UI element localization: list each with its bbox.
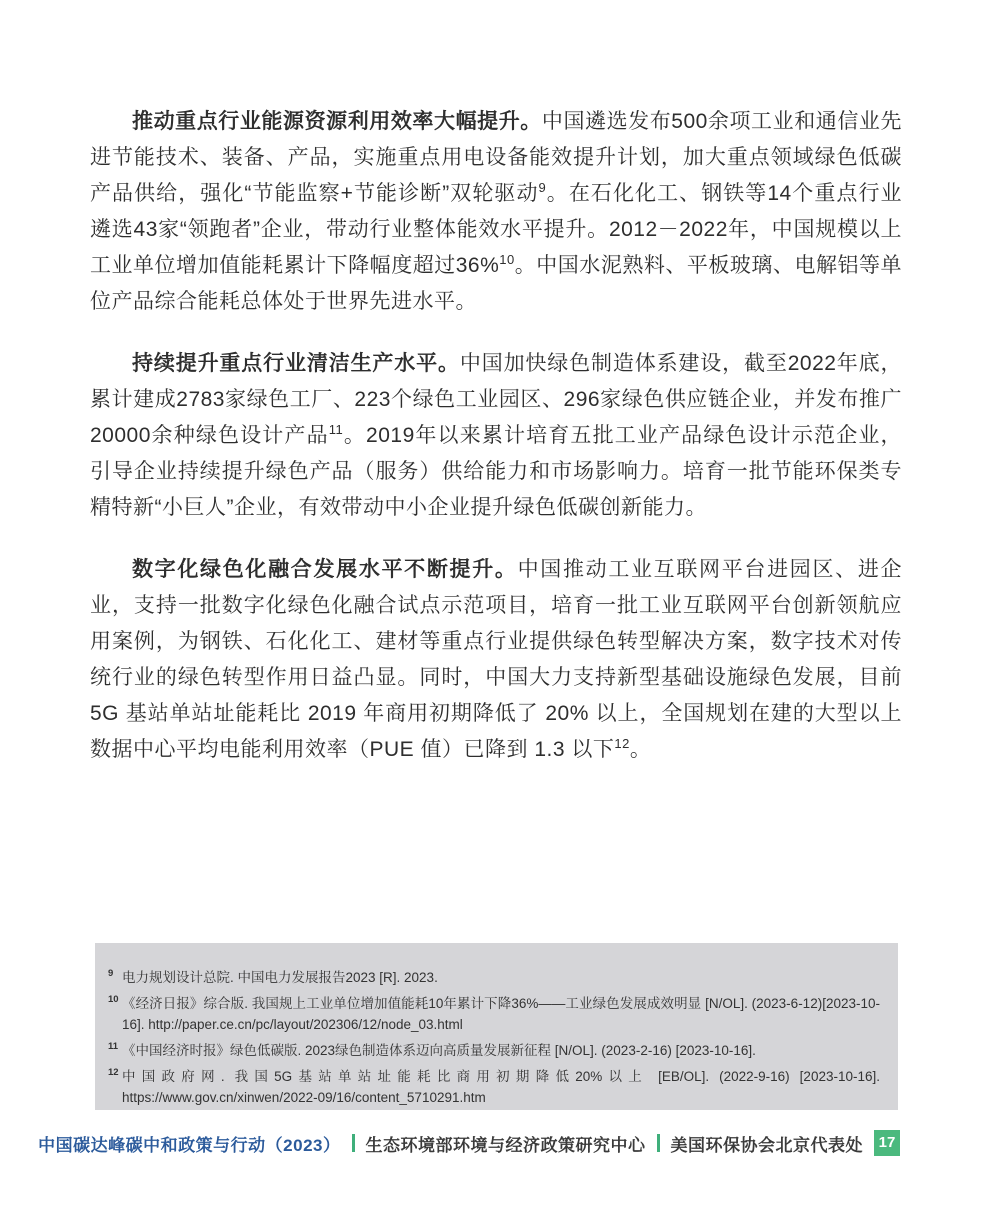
footnote-text: 电力规划设计总院. 中国电力发展报告2023 [R]. 2023. — [122, 970, 438, 985]
footer-divider — [657, 1134, 660, 1152]
body-paragraph: 推动重点行业能源资源利用效率大幅提升。中国遴选发布500余项工业和通信业先进节能… — [90, 104, 902, 320]
footnote-reference: 10 — [499, 252, 514, 267]
footer-org-policy-center: 生态环境部环境与经济政策研究中心 — [366, 1131, 646, 1156]
footer-doc-title: 中国碳达峰碳中和政策与行动（2023） — [38, 1131, 340, 1156]
footnote-item: 11《中国经济时报》绿色低碳版. 2023绿色制造体系迈向高质量发展新征程 [N… — [108, 1040, 880, 1061]
body-paragraph: 数字化绿色化融合发展水平不断提升。中国推动工业互联网平台进园区、进企业，支持一批… — [90, 552, 902, 768]
footnotes-box: 9电力规划设计总院. 中国电力发展报告2023 [R]. 2023.10《经济日… — [95, 943, 898, 1110]
footer-org-edf-beijing: 美国环保协会北京代表处 — [671, 1131, 864, 1156]
paragraph-lead-heading: 持续提升重点行业清洁生产水平。 — [132, 352, 460, 375]
paragraph-lead-heading: 推动重点行业能源资源利用效率大幅提升。 — [132, 110, 542, 133]
footnote-item: 12中国政府网. 我国5G基站单站址能耗比商用初期降低20%以上 [EB/OL]… — [108, 1066, 880, 1108]
body-paragraphs: 推动重点行业能源资源利用效率大幅提升。中国遴选发布500余项工业和通信业先进节能… — [90, 104, 902, 794]
footnote-reference: 12 — [614, 736, 629, 751]
footnote-reference: 11 — [329, 422, 344, 437]
footnote-number: 11 — [108, 1040, 118, 1054]
footer-divider — [352, 1134, 355, 1152]
paragraph-text: 。 — [630, 738, 652, 761]
footnote-text: 中国政府网. 我国5G基站单站址能耗比商用初期降低20%以上 [EB/OL]. … — [122, 1069, 880, 1105]
footnote-text: 《经济日报》综合版. 我国规上工业单位增加值能耗10年累计下降36%——工业绿色… — [122, 996, 880, 1032]
page-number-badge: 17 — [874, 1130, 900, 1156]
body-paragraph: 持续提升重点行业清洁生产水平。中国加快绿色制造体系建设，截至2022年底，累计建… — [90, 346, 902, 526]
footnote-item: 9电力规划设计总院. 中国电力发展报告2023 [R]. 2023. — [108, 967, 880, 988]
footnote-number: 9 — [108, 967, 113, 981]
footnote-text: 《中国经济时报》绿色低碳版. 2023绿色制造体系迈向高质量发展新征程 [N/O… — [122, 1043, 756, 1058]
footnote-number: 10 — [108, 993, 119, 1007]
paragraph-text: 中国推动工业互联网平台进园区、进企业，支持一批数字化绿色化融合试点示范项目，培育… — [90, 558, 902, 761]
document-page: 推动重点行业能源资源利用效率大幅提升。中国遴选发布500余项工业和通信业先进节能… — [0, 0, 992, 1228]
page-footer: 中国碳达峰碳中和政策与行动（2023） 生态环境部环境与经济政策研究中心 美国环… — [38, 1130, 900, 1156]
footnote-number: 12 — [108, 1066, 119, 1080]
paragraph-lead-heading: 数字化绿色化融合发展水平不断提升。 — [132, 558, 518, 581]
footnote-item: 10《经济日报》综合版. 我国规上工业单位增加值能耗10年累计下降36%——工业… — [108, 993, 880, 1035]
